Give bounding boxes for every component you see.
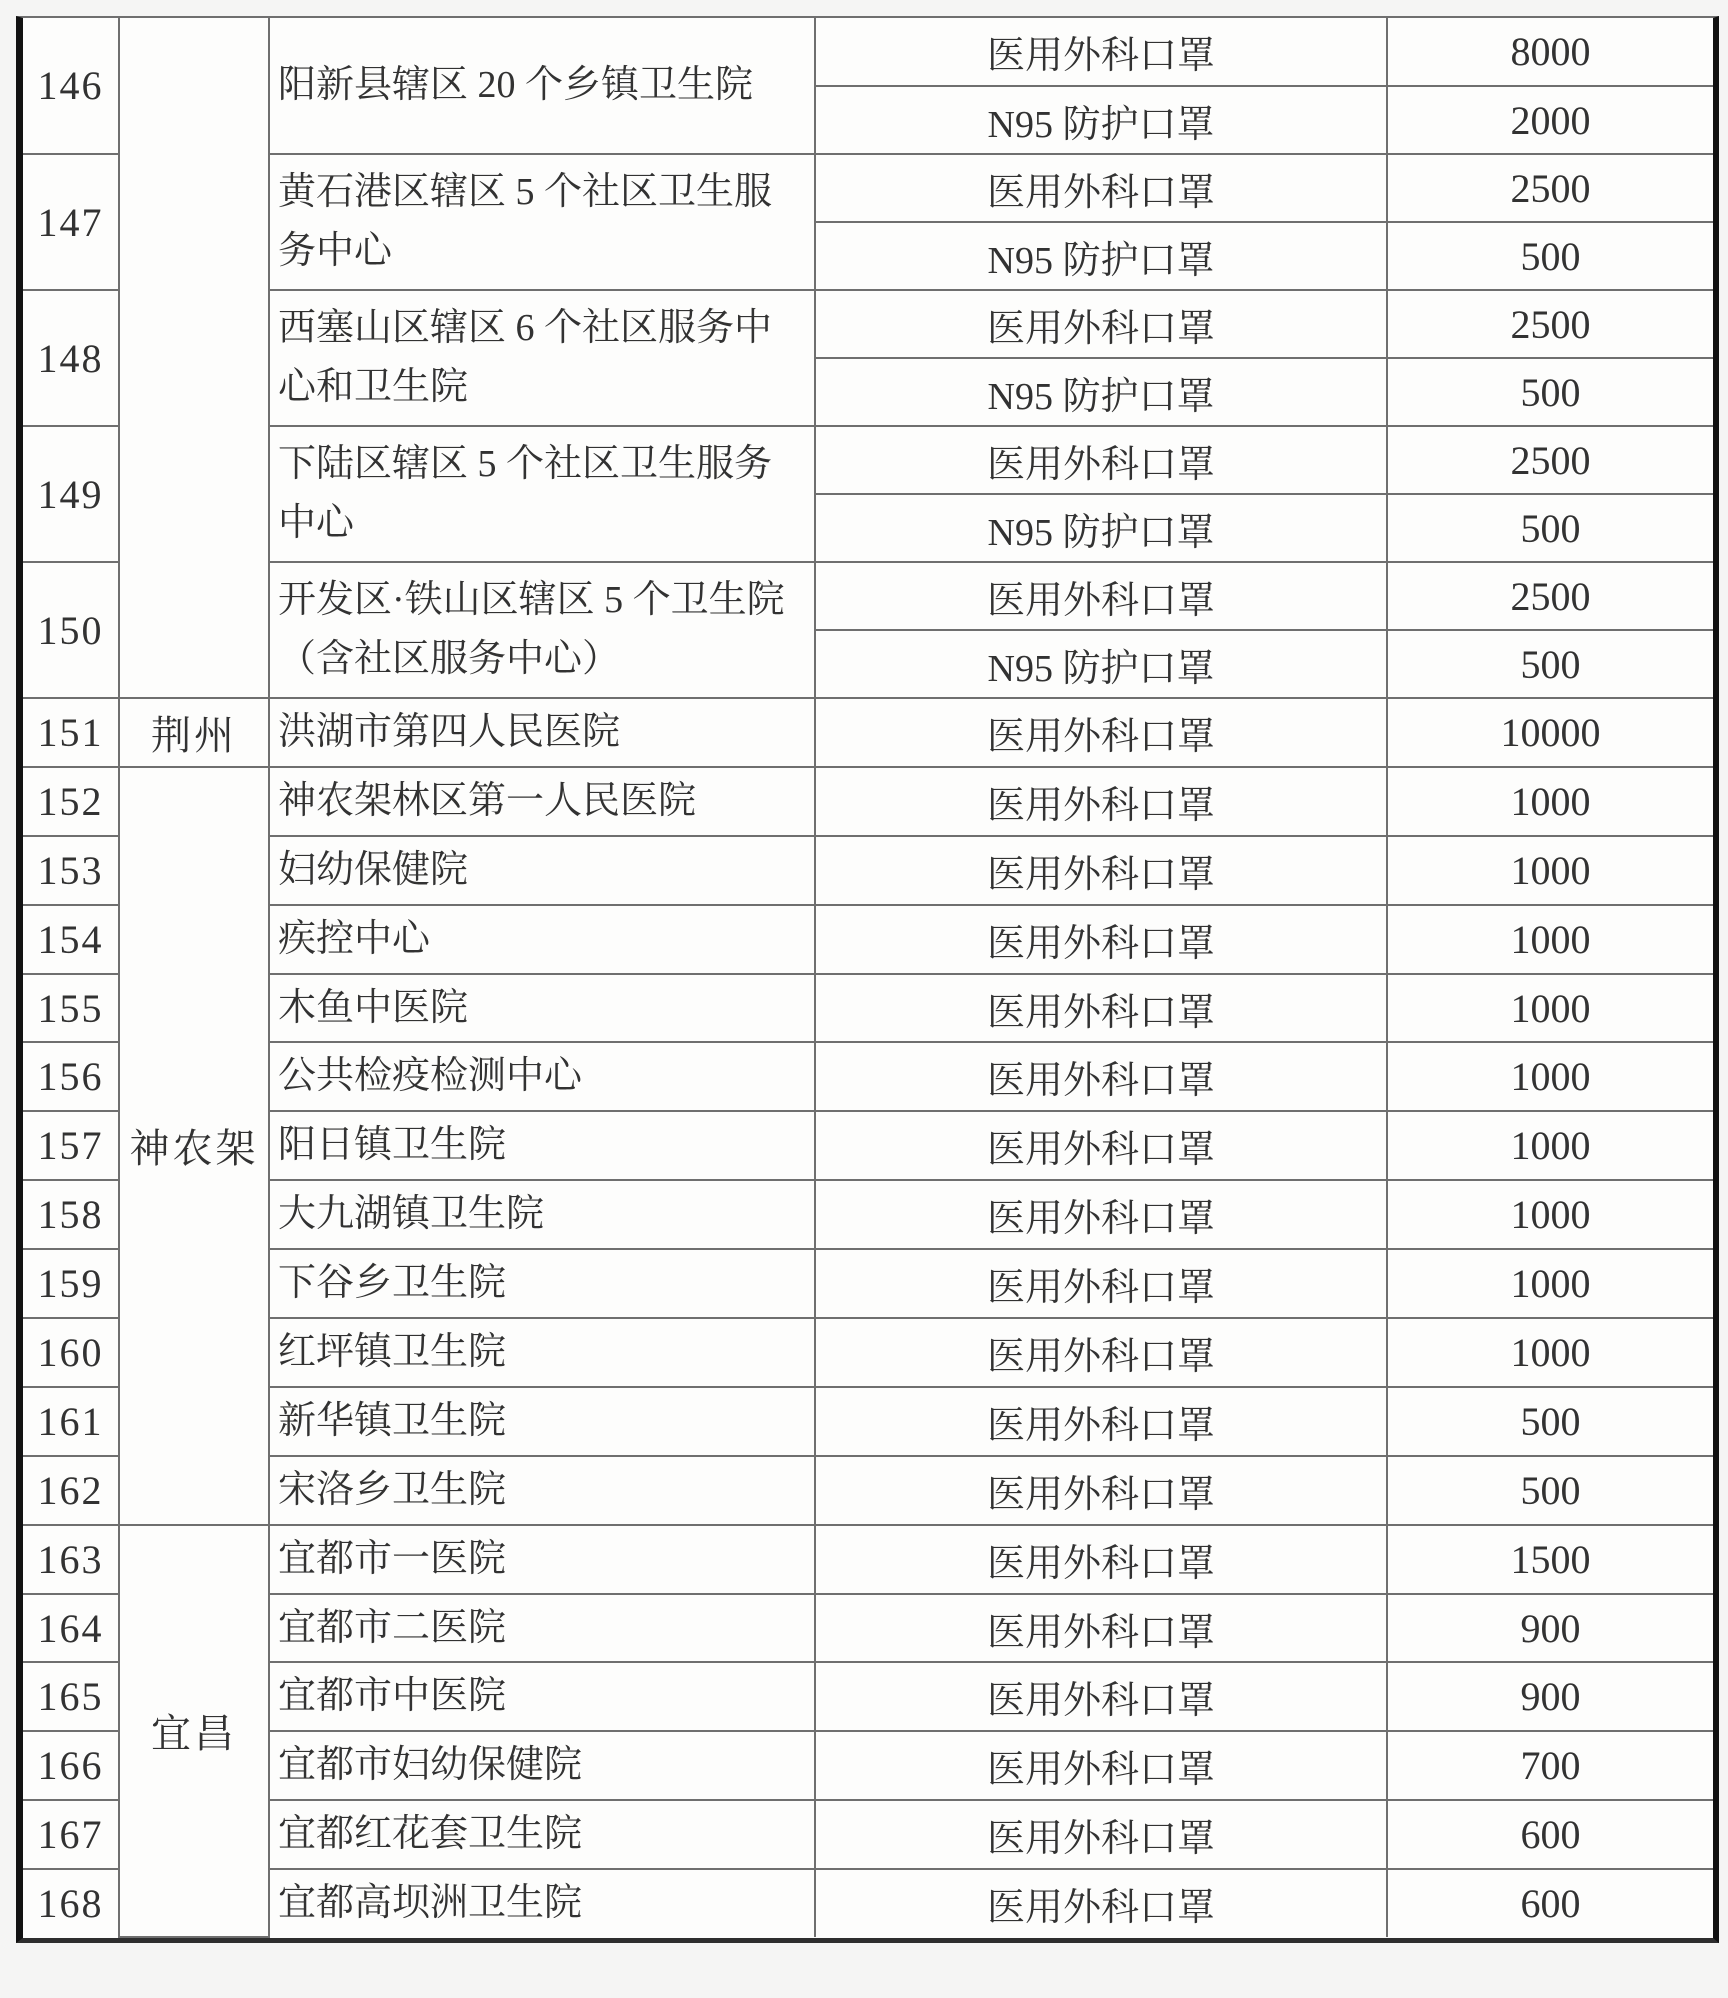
- item-quantity: 500: [1387, 494, 1713, 562]
- row-number: 150: [23, 562, 119, 698]
- region-label: 神农架: [119, 767, 269, 1525]
- item-type: 医用外科口罩: [815, 562, 1387, 630]
- row-number: 158: [23, 1180, 119, 1249]
- row-number: 157: [23, 1111, 119, 1180]
- item-quantity: 2500: [1387, 562, 1713, 630]
- item-type: 医用外科口罩: [815, 1731, 1387, 1800]
- row-number: 155: [23, 974, 119, 1043]
- item-type: 医用外科口罩: [815, 698, 1387, 767]
- item-quantity: 700: [1387, 1731, 1713, 1800]
- item-quantity: 1000: [1387, 905, 1713, 974]
- row-number: 146: [23, 18, 119, 154]
- item-quantity: 1000: [1387, 1042, 1713, 1111]
- item-type: 医用外科口罩: [815, 1662, 1387, 1731]
- institution-name: 木鱼中医院: [269, 974, 815, 1043]
- item-type: 医用外科口罩: [815, 1800, 1387, 1869]
- institution-name: 妇幼保健院: [269, 836, 815, 905]
- item-type: 医用外科口罩: [815, 905, 1387, 974]
- institution-name: 疾控中心: [269, 905, 815, 974]
- item-quantity: 600: [1387, 1869, 1713, 1937]
- item-type: 医用外科口罩: [815, 426, 1387, 494]
- document-page: 146 阳新县辖区 20 个乡镇卫生院 医用外科口罩 8000 N95 防护口罩…: [0, 0, 1728, 1998]
- item-type: 医用外科口罩: [815, 836, 1387, 905]
- institution-name: 阳新县辖区 20 个乡镇卫生院: [269, 18, 815, 154]
- institution-name: 宜都市中医院: [269, 1662, 815, 1731]
- item-type: 医用外科口罩: [815, 1318, 1387, 1387]
- item-quantity: 500: [1387, 630, 1713, 698]
- item-quantity: 8000: [1387, 18, 1713, 86]
- item-quantity: 600: [1387, 1800, 1713, 1869]
- row-number: 153: [23, 836, 119, 905]
- item-type: 医用外科口罩: [815, 18, 1387, 86]
- institution-name: 宜都市二医院: [269, 1594, 815, 1663]
- row-number: 147: [23, 154, 119, 290]
- item-quantity: 1500: [1387, 1525, 1713, 1594]
- institution-name: 下谷乡卫生院: [269, 1249, 815, 1318]
- item-quantity: 1000: [1387, 1249, 1713, 1318]
- institution-name: 宋洛乡卫生院: [269, 1456, 815, 1525]
- item-type: N95 防护口罩: [815, 86, 1387, 154]
- region-label: 宜昌: [119, 1525, 269, 1937]
- institution-name: 红坪镇卫生院: [269, 1318, 815, 1387]
- table-frame: 146 阳新县辖区 20 个乡镇卫生院 医用外科口罩 8000 N95 防护口罩…: [16, 16, 1719, 1943]
- item-type: 医用外科口罩: [815, 1111, 1387, 1180]
- row-number: 148: [23, 290, 119, 426]
- item-type: N95 防护口罩: [815, 630, 1387, 698]
- row-number: 168: [23, 1869, 119, 1937]
- item-type: 医用外科口罩: [815, 1180, 1387, 1249]
- institution-name: 西塞山区辖区 6 个社区服务中心和卫生院: [269, 290, 815, 426]
- row-number: 164: [23, 1594, 119, 1663]
- item-type: 医用外科口罩: [815, 1042, 1387, 1111]
- institution-name: 开发区·铁山区辖区 5 个卫生院（含社区服务中心）: [269, 562, 815, 698]
- row-number: 160: [23, 1318, 119, 1387]
- item-type: 医用外科口罩: [815, 1525, 1387, 1594]
- item-type: N95 防护口罩: [815, 358, 1387, 426]
- row-number: 156: [23, 1042, 119, 1111]
- row-number: 152: [23, 767, 119, 836]
- institution-name: 宜都市妇幼保健院: [269, 1731, 815, 1800]
- item-quantity: 2500: [1387, 290, 1713, 358]
- item-type: 医用外科口罩: [815, 974, 1387, 1043]
- item-quantity: 500: [1387, 222, 1713, 290]
- item-quantity: 500: [1387, 358, 1713, 426]
- region-label: [119, 18, 269, 698]
- item-quantity: 900: [1387, 1594, 1713, 1663]
- item-quantity: 2500: [1387, 426, 1713, 494]
- institution-name: 宜都高坝洲卫生院: [269, 1869, 815, 1937]
- row-number: 167: [23, 1800, 119, 1869]
- institution-name: 神农架林区第一人民医院: [269, 767, 815, 836]
- item-quantity: 500: [1387, 1387, 1713, 1456]
- institution-name: 新华镇卫生院: [269, 1387, 815, 1456]
- row-number: 149: [23, 426, 119, 562]
- region-label: 荆州: [119, 698, 269, 767]
- institution-name: 宜都红花套卫生院: [269, 1800, 815, 1869]
- item-quantity: 10000: [1387, 698, 1713, 767]
- item-quantity: 1000: [1387, 767, 1713, 836]
- institution-name: 宜都市一医院: [269, 1525, 815, 1594]
- institution-name: 公共检疫检测中心: [269, 1042, 815, 1111]
- row-number: 159: [23, 1249, 119, 1318]
- item-quantity: 1000: [1387, 1318, 1713, 1387]
- item-type: N95 防护口罩: [815, 494, 1387, 562]
- row-number: 165: [23, 1662, 119, 1731]
- row-number: 163: [23, 1525, 119, 1594]
- row-number: 154: [23, 905, 119, 974]
- item-type: 医用外科口罩: [815, 290, 1387, 358]
- item-quantity: 2500: [1387, 154, 1713, 222]
- row-number: 166: [23, 1731, 119, 1800]
- institution-name: 洪湖市第四人民医院: [269, 698, 815, 767]
- item-type: 医用外科口罩: [815, 1456, 1387, 1525]
- row-number: 162: [23, 1456, 119, 1525]
- item-quantity: 500: [1387, 1456, 1713, 1525]
- row-number: 161: [23, 1387, 119, 1456]
- item-type: 医用外科口罩: [815, 767, 1387, 836]
- institution-name: 下陆区辖区 5 个社区卫生服务中心: [269, 426, 815, 562]
- item-quantity: 2000: [1387, 86, 1713, 154]
- mask-distribution-table: 146 阳新县辖区 20 个乡镇卫生院 医用外科口罩 8000 N95 防护口罩…: [23, 18, 1713, 1938]
- item-type: N95 防护口罩: [815, 222, 1387, 290]
- item-quantity: 1000: [1387, 1180, 1713, 1249]
- institution-name: 大九湖镇卫生院: [269, 1180, 815, 1249]
- item-type: 医用外科口罩: [815, 1387, 1387, 1456]
- institution-name: 阳日镇卫生院: [269, 1111, 815, 1180]
- item-quantity: 900: [1387, 1662, 1713, 1731]
- item-type: 医用外科口罩: [815, 1869, 1387, 1937]
- item-type: 医用外科口罩: [815, 1594, 1387, 1663]
- item-type: 医用外科口罩: [815, 1249, 1387, 1318]
- item-quantity: 1000: [1387, 1111, 1713, 1180]
- institution-name: 黄石港区辖区 5 个社区卫生服务中心: [269, 154, 815, 290]
- item-quantity: 1000: [1387, 974, 1713, 1043]
- item-type: 医用外科口罩: [815, 154, 1387, 222]
- row-number: 151: [23, 698, 119, 767]
- item-quantity: 1000: [1387, 836, 1713, 905]
